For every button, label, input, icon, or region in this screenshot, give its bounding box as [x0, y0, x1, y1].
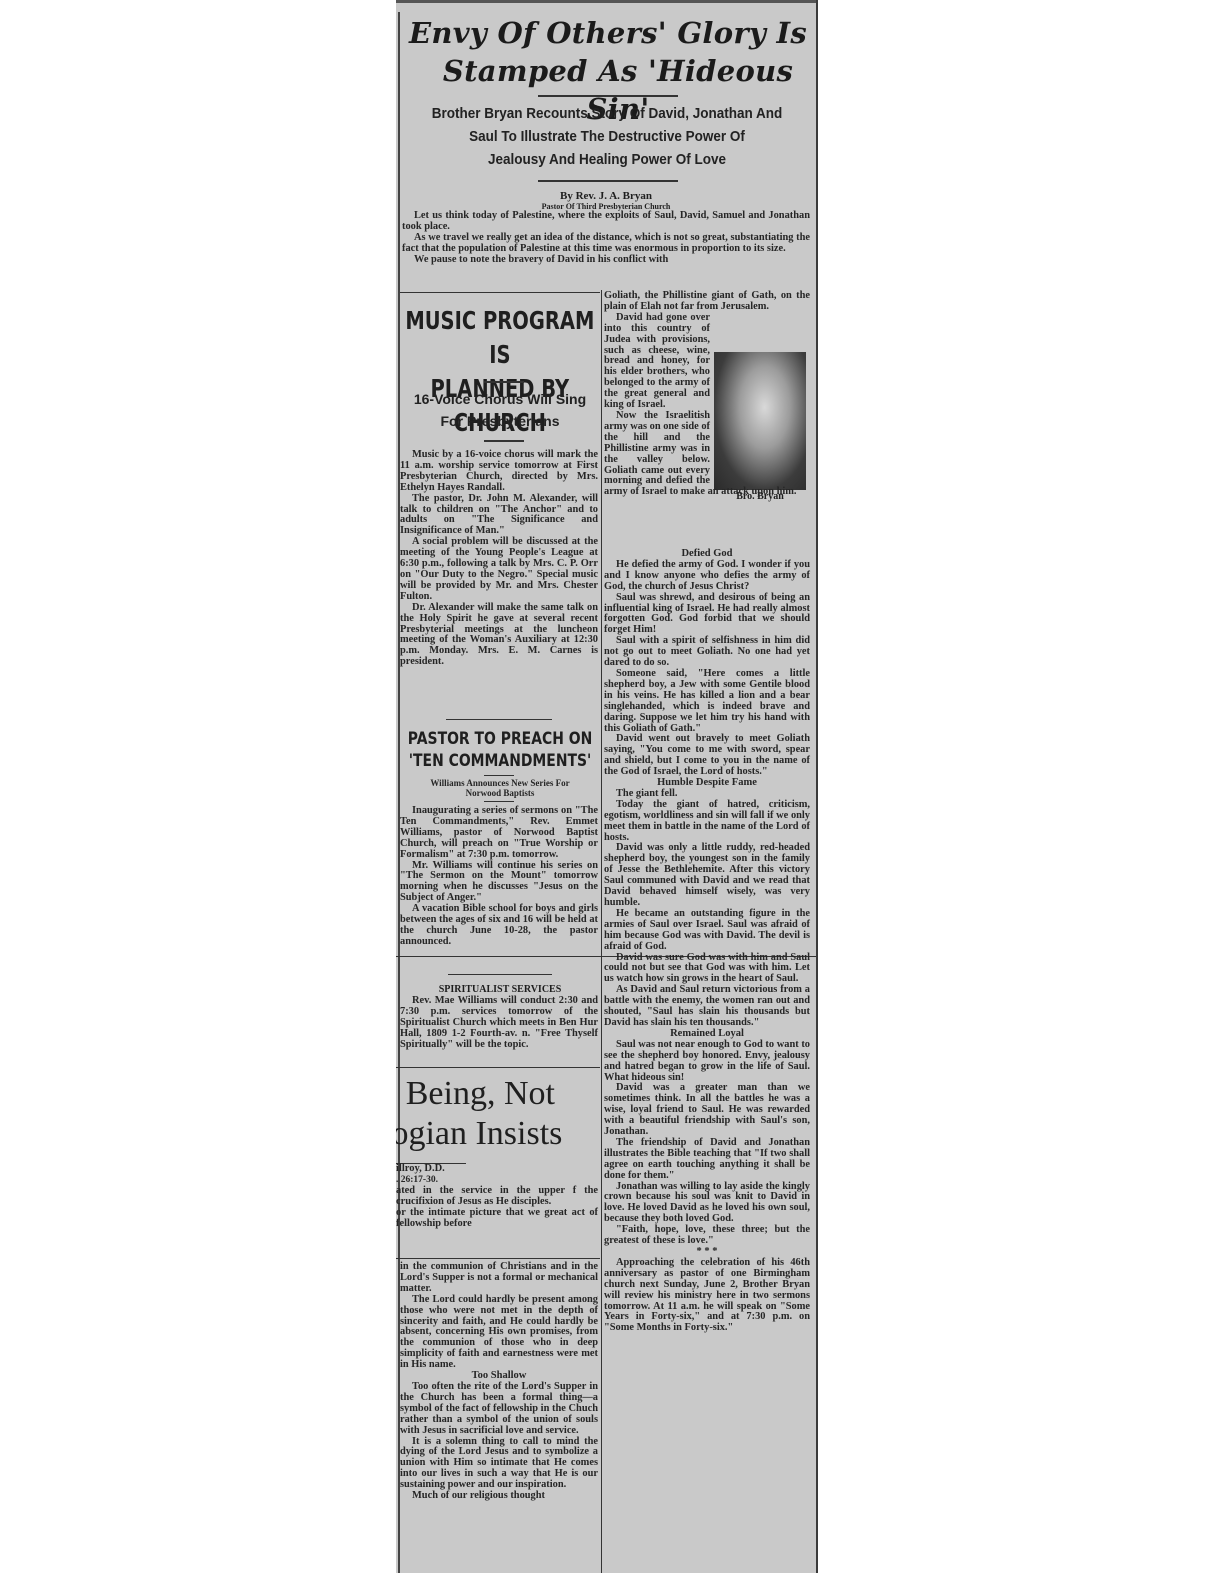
- divider: [484, 381, 524, 383]
- main-body-sections: Defied God He defied the army of God. I …: [604, 549, 810, 1334]
- paragraph: Approaching the celebration of his 46th …: [604, 1258, 810, 1334]
- paragraph: or the intimate picture that we great ac…: [396, 1208, 598, 1230]
- headline-line: 'TEN COMMANDMENTS': [400, 750, 600, 772]
- spiritualist-body: Rev. Mae Williams will conduct 2:30 and …: [400, 996, 598, 1051]
- divider: [446, 719, 552, 720]
- paragraph: It is a solemn thing to call to mind the…: [400, 1437, 598, 1492]
- paragraph: A social problem will be discussed at th…: [400, 537, 598, 602]
- paragraph: Music by a 16-voice chorus will mark the…: [400, 450, 598, 494]
- paragraph: As we travel we really get an idea of th…: [402, 233, 810, 255]
- paragraph: Dr. Alexander will make the same talk on…: [400, 603, 598, 668]
- deck-line: Jealousy And Healing Power Of Love: [423, 148, 792, 171]
- divider: [538, 95, 678, 97]
- divider: [396, 1067, 600, 1068]
- divider: [484, 775, 514, 776]
- paragraph: The friendship of David and Jonathan ill…: [604, 1138, 810, 1182]
- main-deck: Brother Bryan Recounts Story Of David, J…: [423, 102, 792, 171]
- paragraph: "Faith, hope, love, these three; but the…: [604, 1225, 810, 1247]
- headline-line: PASTOR TO PREACH ON: [400, 728, 600, 750]
- paragraph: Saul was not near enough to God to want …: [604, 1040, 810, 1084]
- headline-line: MUSIC PROGRAM IS: [400, 304, 600, 372]
- paragraph: The pastor, Dr. John M. Alexander, will …: [400, 494, 598, 538]
- main-body-column: Goliath, the Phillistine giant of Gath, …: [604, 291, 810, 498]
- deck-line: Saul To Illustrate The Destructive Power…: [423, 125, 792, 148]
- paragraph: David was a greater man than we sometime…: [604, 1083, 810, 1138]
- paragraph: Too often the rite of the Lord's Supper …: [400, 1382, 598, 1437]
- divider: [400, 292, 600, 293]
- divider: [484, 801, 514, 802]
- divider: [484, 440, 524, 442]
- spiritualist-heading: SPIRITUALIST SERVICES: [400, 984, 600, 995]
- paragraph: As David and Saul return victorious from…: [604, 985, 810, 1029]
- paragraph: Rev. Mae Williams will conduct 2:30 and …: [400, 996, 598, 1051]
- column-divider: [601, 290, 602, 1573]
- paragraph: We pause to note the bravery of David in…: [402, 255, 810, 266]
- paragraph: Jonathan was willing to lay aside the ki…: [604, 1182, 810, 1226]
- paragraph: David went out bravely to meet Goliath s…: [604, 734, 810, 778]
- music-body: Music by a 16-voice chorus will mark the…: [400, 450, 598, 668]
- music-deck: 16-Voice Chorus Will Sing For Presbyteri…: [400, 388, 600, 432]
- paragraph: David was sure God was with him and Saul…: [604, 953, 810, 986]
- intro-text: Let us think today of Palestine, where t…: [402, 211, 810, 266]
- headline-line-1: Envy Of Others' Glory Is: [404, 14, 812, 52]
- paragraph: Let us think today of Palestine, where t…: [402, 211, 810, 233]
- deck-line: Williams Announces New Series For: [400, 778, 600, 788]
- paragraph: He defied the army of God. I wonder if y…: [604, 560, 810, 593]
- partial-headline-line-1: s Being, Not: [396, 1074, 555, 1114]
- deck-line: 16-Voice Chorus Will Sing: [400, 388, 600, 410]
- divider: [396, 1258, 600, 1259]
- paragraph: Today the giant of hatred, criticism, eg…: [604, 800, 810, 844]
- paragraph: Inaugurating a series of sermons on "The…: [400, 806, 598, 861]
- deck-line: Brother Bryan Recounts Story Of David, J…: [423, 102, 792, 125]
- deck-line: For Presbyterians: [400, 410, 600, 432]
- paragraph: in the communion of Christians and in th…: [400, 1262, 598, 1295]
- paragraph: Someone said, "Here comes a little sheph…: [604, 669, 810, 734]
- paragraph: He became an outstanding figure in the a…: [604, 909, 810, 953]
- paragraph: The Lord could hardly be present among t…: [400, 1295, 598, 1371]
- paragraph: Saul with a spirit of selfishness in him…: [604, 636, 810, 669]
- partial-body-top: ated in the service in the upper f the c…: [396, 1186, 598, 1230]
- divider: [538, 180, 678, 182]
- pastor-headline: PASTOR TO PREACH ON 'TEN COMMANDMENTS': [400, 728, 600, 772]
- pastor-body: Inaugurating a series of sermons on "The…: [400, 806, 598, 948]
- partial-headline-line-2: logian Insists: [396, 1114, 562, 1154]
- newspaper-clipping: Envy Of Others' Glory Is Stamped As 'Hid…: [396, 0, 818, 1573]
- partial-byline: illroy, D.D.: [396, 1164, 445, 1175]
- byline: By Rev. J. A. Bryan: [396, 190, 816, 202]
- paragraph: ated in the service in the upper f the c…: [396, 1186, 598, 1208]
- partial-body: in the communion of Christians and in th…: [400, 1262, 598, 1502]
- paragraph: Much of our religious thought: [400, 1491, 598, 1502]
- paragraph: Mr. Williams will continue his series on…: [400, 861, 598, 905]
- deck-line: Norwood Baptists: [400, 788, 600, 798]
- divider: [448, 974, 552, 975]
- pastor-deck: Williams Announces New Series For Norwoo…: [400, 778, 600, 798]
- paragraph: David was only a little ruddy, red-heade…: [604, 843, 810, 908]
- paragraph: A vacation Bible school for boys and gir…: [400, 904, 598, 948]
- photo-spacer: [710, 331, 810, 483]
- paragraph: Goliath, the Phillistine giant of Gath, …: [604, 291, 810, 313]
- paragraph: Saul was shrewd, and desirous of being a…: [604, 593, 810, 637]
